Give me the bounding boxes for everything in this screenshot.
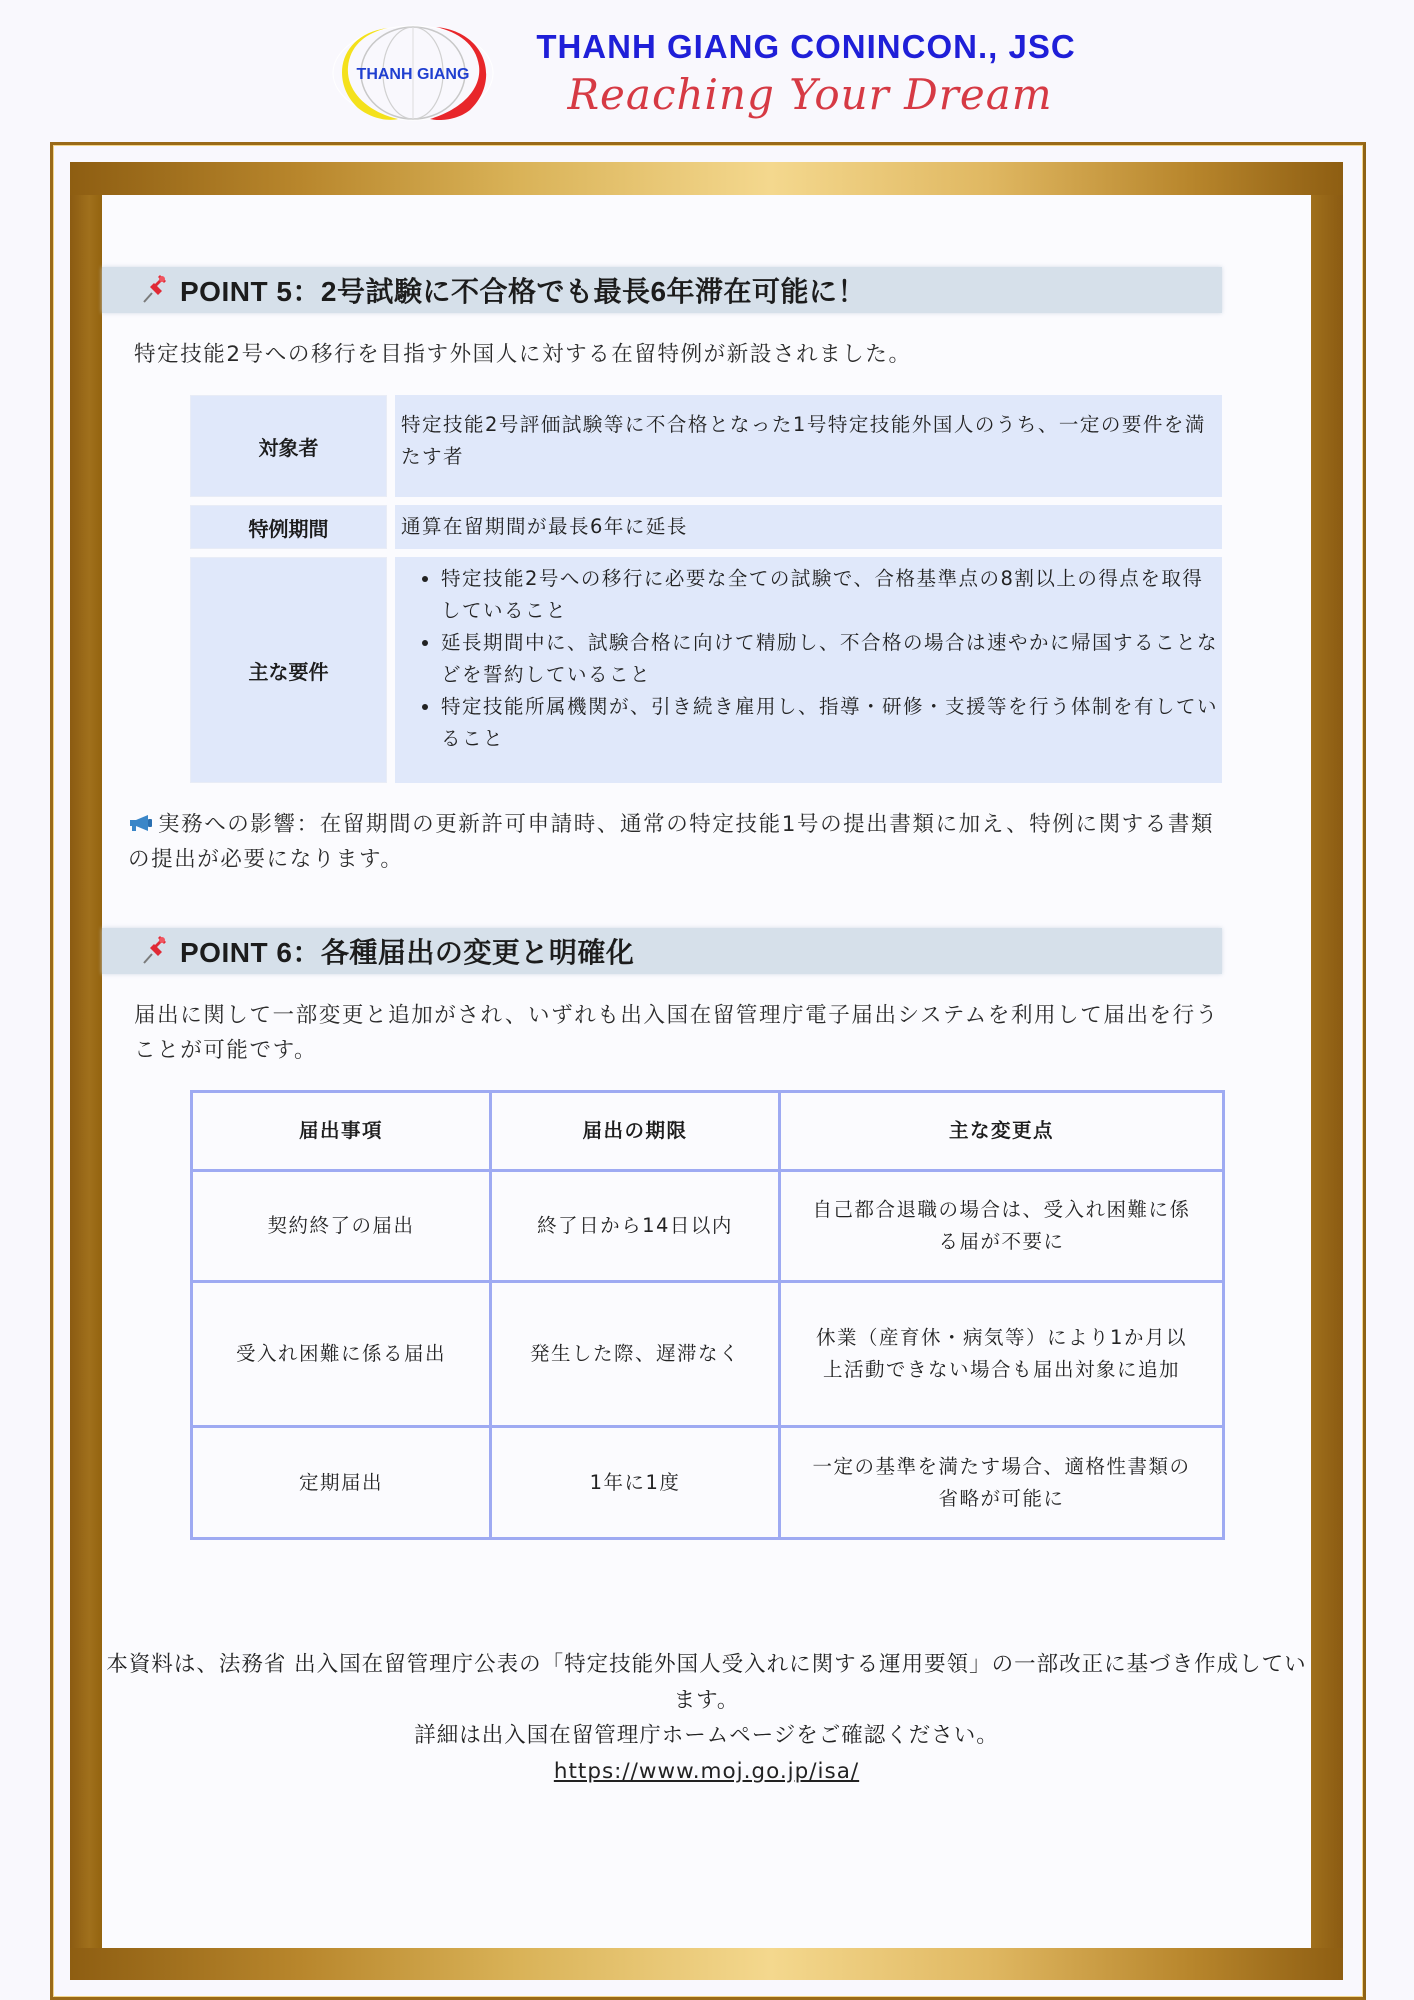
isa-website-link[interactable]: https://www.moj.go.jp/isa/ bbox=[554, 1759, 859, 1784]
document-page: POINT 5：2号試験に不合格でも最長6年滞在可能に！ 特定技能2号への移行を… bbox=[102, 195, 1311, 1948]
list-item: 特定技能2号への移行に必要な全ての試験で、合格基準点の8割以上の得点を取得してい… bbox=[441, 563, 1218, 627]
row-label: 対象者 bbox=[190, 395, 387, 497]
table-cell: 契約終了の届出 bbox=[192, 1171, 491, 1282]
company-logo: THANH GIANG bbox=[328, 22, 498, 124]
row-value: 通算在留期間が最長6年に延長 bbox=[395, 505, 1222, 549]
table-cell: 発生した際、遅滞なく bbox=[491, 1282, 780, 1427]
megaphone-icon bbox=[128, 814, 154, 832]
list-item: 特定技能所属機関が、引き続き雇用し、指導・研修・支援等を行う体制を有していること bbox=[441, 691, 1218, 755]
row-label: 特例期間 bbox=[190, 505, 387, 549]
notification-table: 届出事項 届出の期限 主な変更点 契約終了の届出 終了日から14日以内 自己都合… bbox=[190, 1090, 1225, 1540]
special-case-table: 対象者 特定技能2号評価試験等に不合格となった1号特定技能外国人のうち、一定の要… bbox=[190, 395, 1222, 791]
page-header: THANH GIANG THANH GIANG CONINCON., JSC R… bbox=[0, 0, 1414, 140]
table-header-row: 届出事項 届出の期限 主な変更点 bbox=[192, 1092, 1224, 1171]
footer-source-text: 本資料は、法務省 出入国在留管理庁公表の「特定技能外国人受入れに関する運用要領」… bbox=[102, 1647, 1311, 1718]
row-value: 特定技能2号への移行に必要な全ての試験で、合格基準点の8割以上の得点を取得してい… bbox=[395, 557, 1222, 783]
logo-text: THANH GIANG bbox=[357, 66, 470, 83]
section-heading-point5: POINT 5：2号試験に不合格でも最長6年滞在可能に！ bbox=[102, 267, 1222, 313]
company-name: THANH GIANG CONINCON., JSC bbox=[526, 28, 1086, 66]
gold-frame-left bbox=[70, 195, 102, 1948]
pushpin-icon bbox=[138, 273, 172, 307]
table-row: 主な要件 特定技能2号への移行に必要な全ての試験で、合格基準点の8割以上の得点を… bbox=[190, 557, 1222, 783]
source-footer: 本資料は、法務省 出入国在留管理庁公表の「特定技能外国人受入れに関する運用要領」… bbox=[102, 1647, 1311, 1789]
table-row: 特例期間 通算在留期間が最長6年に延長 bbox=[190, 505, 1222, 549]
company-tagline: Reaching Your Dream bbox=[560, 70, 1060, 119]
section-heading-point6: POINT 6：各種届出の変更と明確化 bbox=[102, 928, 1222, 974]
section-title: POINT 6：各種届出の変更と明確化 bbox=[180, 931, 634, 971]
table-cell: 一定の基準を満たす場合、適格性書類の省略が可能に bbox=[780, 1427, 1224, 1539]
section-intro: 届出に関して一部変更と追加がされ、いずれも出入国在留管理庁電子届出システムを利用… bbox=[134, 998, 1224, 1068]
table-cell: 1年に1度 bbox=[491, 1427, 780, 1539]
column-header: 届出の期限 bbox=[491, 1092, 780, 1171]
table-row: 定期届出 1年に1度 一定の基準を満たす場合、適格性書類の省略が可能に bbox=[192, 1427, 1224, 1539]
table-cell: 受入れ困難に係る届出 bbox=[192, 1282, 491, 1427]
row-value: 特定技能2号評価試験等に不合格となった1号特定技能外国人のうち、一定の要件を満た… bbox=[395, 395, 1222, 497]
table-row: 契約終了の届出 終了日から14日以内 自己都合退職の場合は、受入れ困難に係る届が… bbox=[192, 1171, 1224, 1282]
logo-globe-icon: THANH GIANG bbox=[328, 22, 498, 124]
footer-details-text: 詳細は出入国在留管理庁ホームページをご確認ください。 bbox=[102, 1718, 1311, 1754]
table-cell: 終了日から14日以内 bbox=[491, 1171, 780, 1282]
practical-impact-note: 実務への影響：在留期間の更新許可申請時、通常の特定技能1号の提出書類に加え、特例… bbox=[128, 807, 1228, 877]
column-header: 主な変更点 bbox=[780, 1092, 1224, 1171]
table-cell: 自己都合退職の場合は、受入れ困難に係る届が不要に bbox=[780, 1171, 1224, 1282]
section-intro: 特定技能2号への移行を目指す外国人に対する在留特例が新設されました。 bbox=[134, 337, 1224, 372]
row-label: 主な要件 bbox=[190, 557, 387, 783]
gold-frame-right bbox=[1311, 195, 1343, 1948]
table-cell: 休業（産育休・病気等）により1か月以上活動できない場合も届出対象に追加 bbox=[780, 1282, 1224, 1427]
table-row: 対象者 特定技能2号評価試験等に不合格となった1号特定技能外国人のうち、一定の要… bbox=[190, 395, 1222, 497]
pushpin-icon bbox=[138, 934, 172, 968]
table-cell: 定期届出 bbox=[192, 1427, 491, 1539]
list-item: 延長期間中に、試験合格に向けて精励し、不合格の場合は速やかに帰国することなどを誓… bbox=[441, 627, 1218, 691]
section-title: POINT 5：2号試験に不合格でも最長6年滞在可能に！ bbox=[180, 270, 866, 310]
requirements-list: 特定技能2号への移行に必要な全ての試験で、合格基準点の8割以上の得点を取得してい… bbox=[401, 563, 1218, 755]
note-text: 実務への影響：在留期間の更新許可申請時、通常の特定技能1号の提出書類に加え、特例… bbox=[128, 812, 1214, 872]
column-header: 届出事項 bbox=[192, 1092, 491, 1171]
table-row: 受入れ困難に係る届出 発生した際、遅滞なく 休業（産育休・病気等）により1か月以… bbox=[192, 1282, 1224, 1427]
